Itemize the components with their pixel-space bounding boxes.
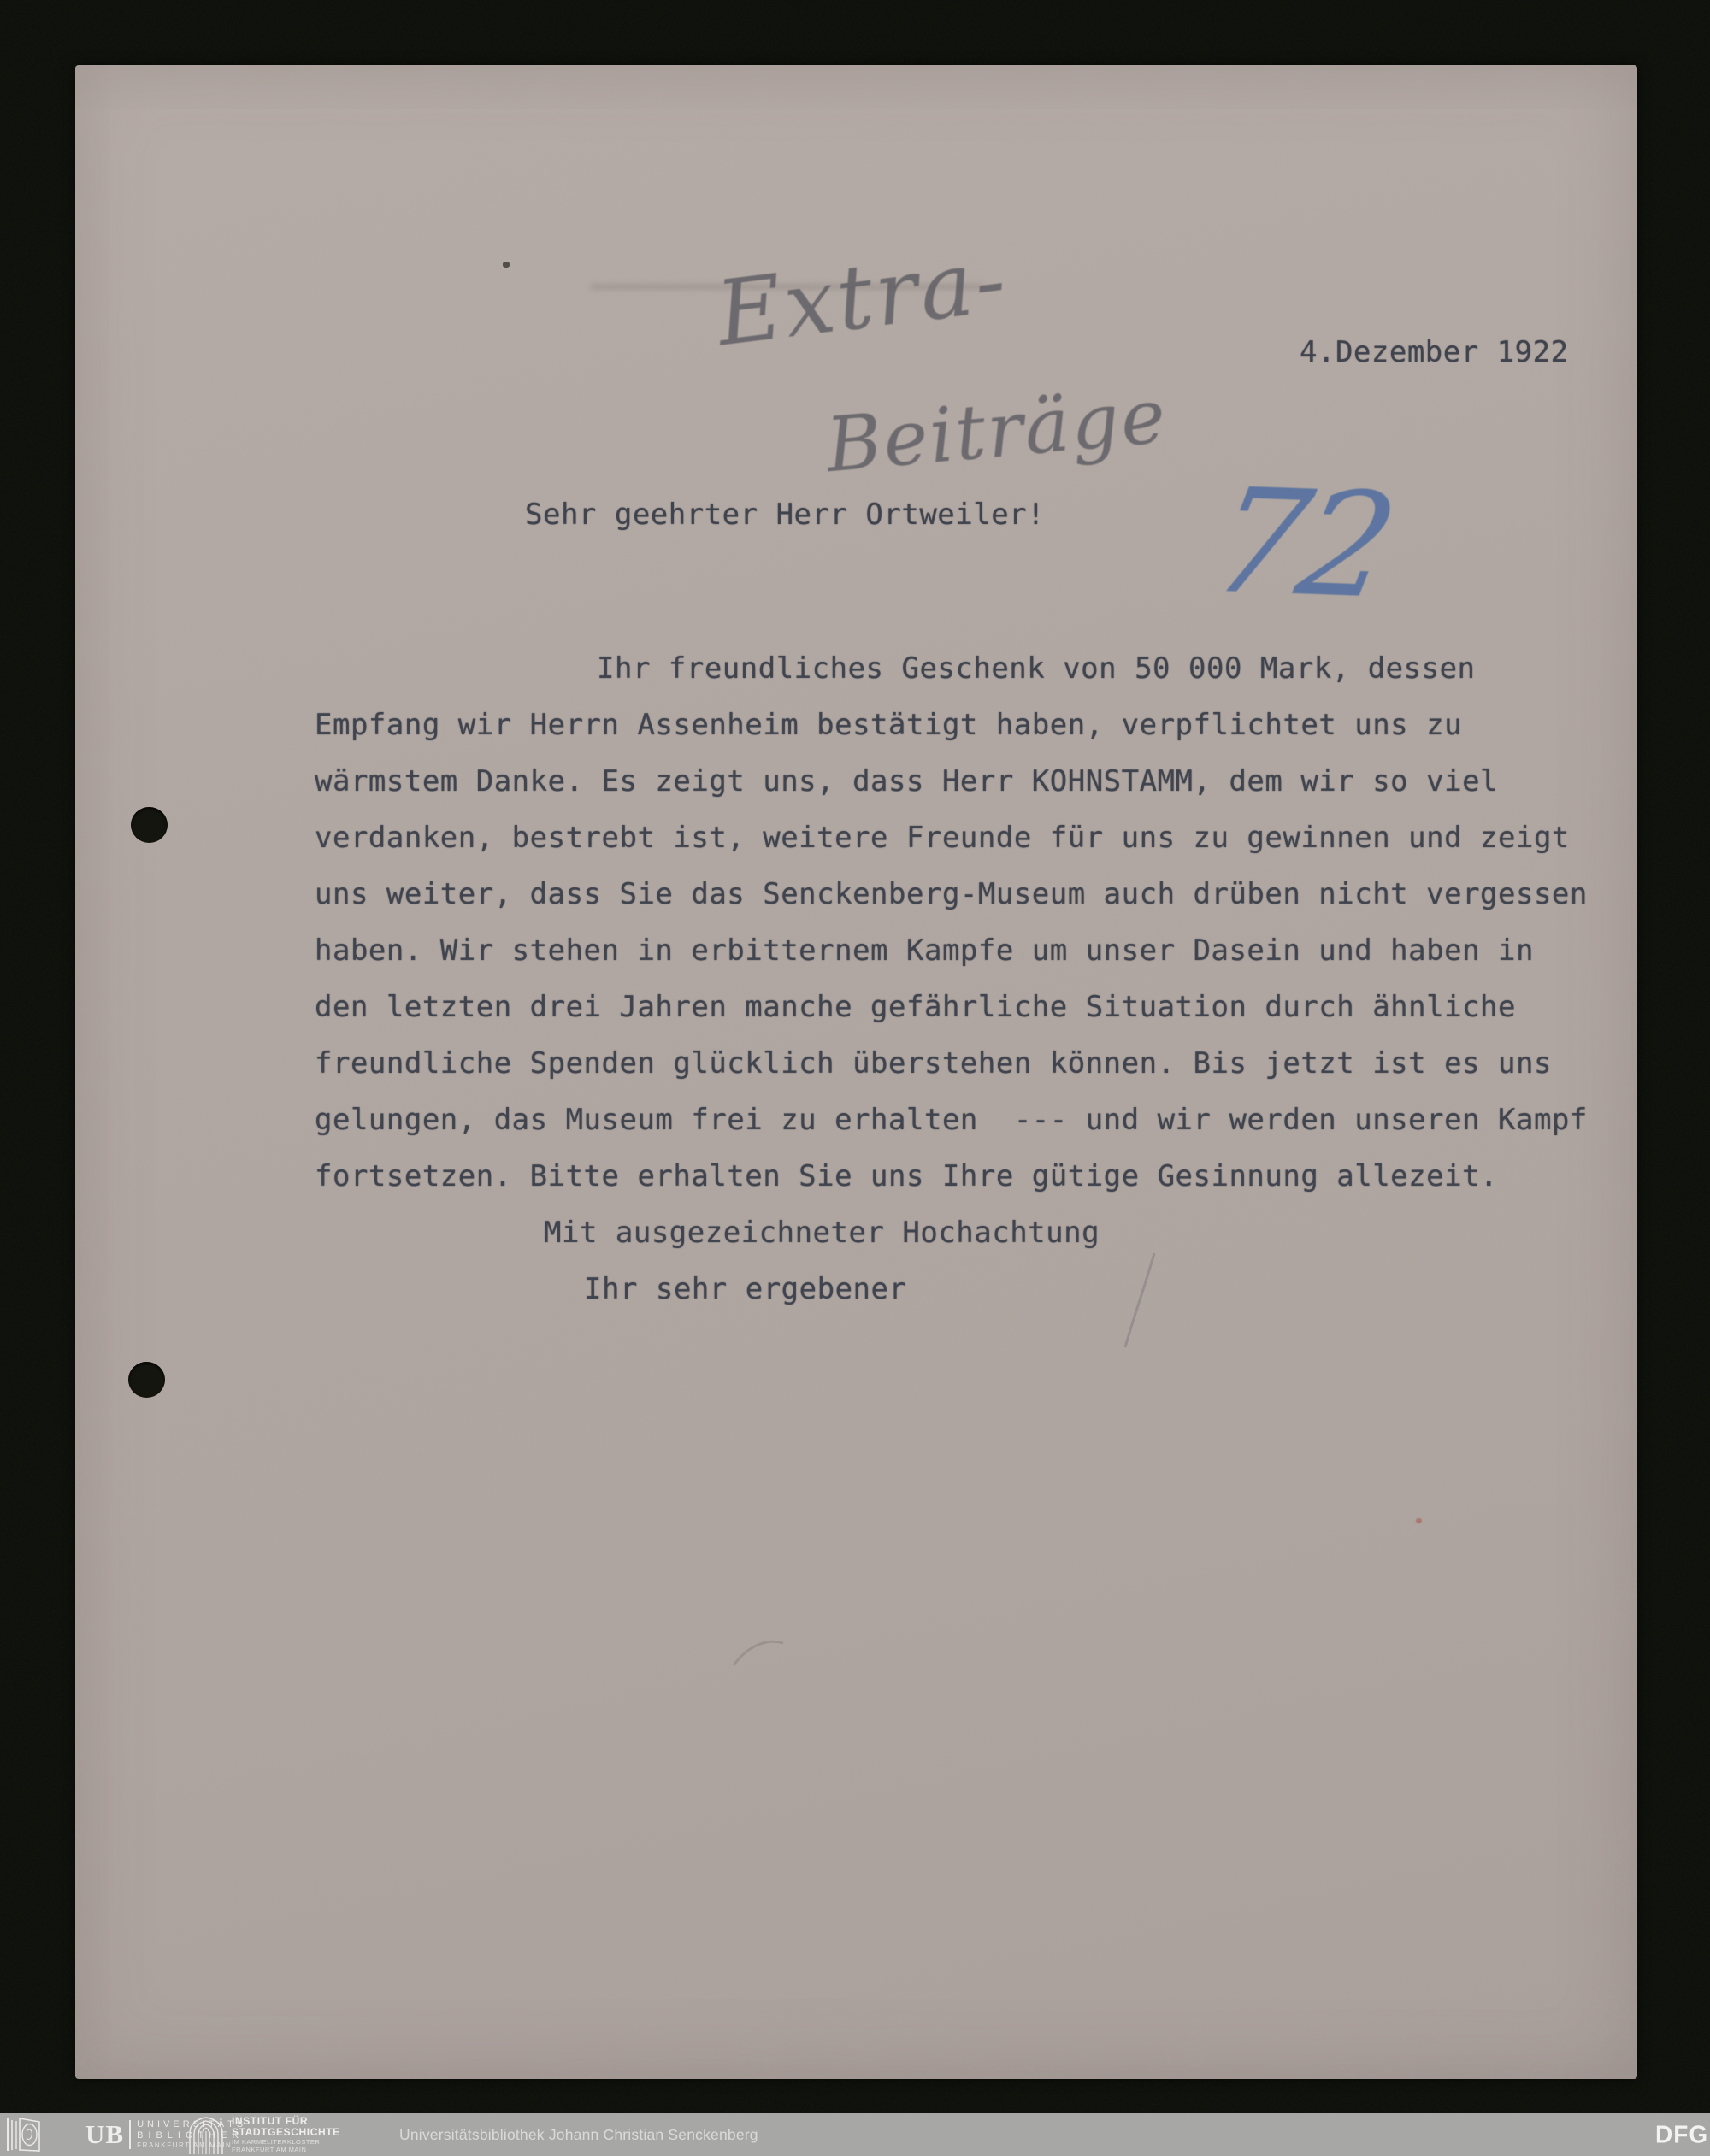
archive-number-annotation: 72 — [1200, 457, 1404, 631]
letter-signature-line: Ihr sehr ergebener — [584, 1272, 906, 1306]
ub-divider — [129, 2120, 131, 2149]
letter-line: den letzten drei Jahren manche gefährlic… — [315, 990, 1516, 1024]
letter-closing-formula: Mit ausgezeichneter Hochachtung — [544, 1216, 1100, 1250]
letter-salutation: Sehr geehrter Herr Ortweiler! — [525, 498, 1045, 532]
library-credit-text: Universitätsbibliothek Johann Christian … — [399, 2113, 758, 2156]
letter-body: Ihr freundliches Geschenk von 50 000 Mar… — [315, 651, 1648, 1352]
letter-line: freundliche Spenden glücklich überstehen… — [315, 1046, 1552, 1081]
institut-stadtgeschichte-logo: INSTITUT FÜR STADTGESCHICHTE IM KARMELIT… — [186, 2113, 340, 2156]
letter-line: Empfang wir Herrn Assenheim bestätigt ha… — [315, 708, 1462, 742]
red-speck — [1416, 1518, 1422, 1523]
isg-text-line3: IM KARMELITERKLOSTER — [232, 2138, 340, 2146]
ub-library-icon — [5, 2116, 84, 2153]
isg-text-line2: STADTGESCHICHTE — [232, 2127, 340, 2138]
hole-punch-top — [131, 807, 168, 843]
letter-line: wärmstem Danke. Es zeigt uns, dass Herr … — [315, 764, 1498, 798]
isg-text-line4: FRANKFURT AM MAIN — [232, 2146, 340, 2153]
scan-viewer: Extra- Beiträge 72 4.Dezember 1922 Sehr … — [0, 0, 1710, 2156]
letter-line: gelungen, das Museum frei zu erhalten --… — [315, 1103, 1588, 1137]
dfg-logo: DFG — [1655, 2112, 1708, 2156]
letter-date: 4.Dezember 1922 — [1300, 335, 1569, 369]
ub-abbr-label: UB — [85, 2119, 124, 2150]
karmeliterkloster-arch-icon — [186, 2115, 226, 2154]
letter-line: verdanken, bestrebt ist, weitere Freunde… — [315, 821, 1570, 855]
footer-bar: UB UNIVERSITÄTS BIBLIOTHEK FRANKFURT AM … — [0, 2113, 1710, 2156]
hole-punch-bottom — [128, 1362, 165, 1398]
letter-line: haben. Wir stehen in erbitternem Kampfe … — [315, 934, 1534, 968]
letter-line: uns weiter, dass Sie das Senckenberg-Mus… — [315, 877, 1588, 911]
letter-line: fortsetzen. Bitte erhalten Sie uns Ihre … — [315, 1159, 1498, 1193]
ink-speck — [503, 262, 510, 268]
letter-line: Ihr freundliches Geschenk von 50 000 Mar… — [597, 651, 1476, 686]
